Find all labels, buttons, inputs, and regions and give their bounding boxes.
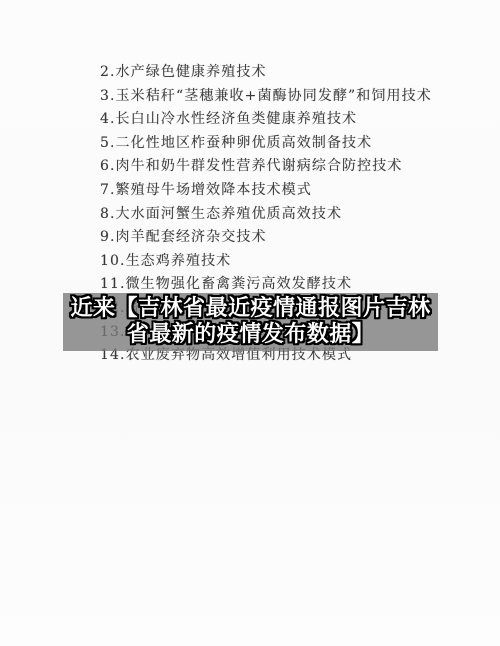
list-item: 2.水产绿色健康养殖技术 [100, 61, 460, 85]
list-item: 8.大水面河蟹生态养殖优质高效技术 [100, 203, 460, 227]
caption-line-1: 近来【吉林省最近疫情通报图片吉林 [70, 296, 430, 322]
document-page: 2.水产绿色健康养殖技术 3.玉米秸秆“茎穗兼收+菌酶协同发酵”和饲用技术 4.… [0, 0, 500, 646]
list-item: 10.生态鸡养殖技术 [100, 250, 460, 274]
list-item: 6.肉牛和奶牛群发性营养代谢病综合防控技术 [100, 155, 460, 179]
list-item: 7.繁殖母牛场增效降本技术模式 [100, 179, 460, 203]
list-item: 3.玉米秸秆“茎穗兼收+菌酶协同发酵”和饲用技术 [100, 85, 460, 109]
caption-line-2: 省最新的疫情发布数据】 [127, 322, 375, 348]
list-item: 5.二化性地区柞蚕种卵优质高效制备技术 [100, 132, 460, 156]
list-item: 4.长白山冷水性经济鱼类健康养殖技术 [100, 108, 460, 132]
caption-overlay: 近来【吉林省最近疫情通报图片吉林 省最新的疫情发布数据】 [63, 293, 438, 351]
list-item: 9.肉羊配套经济杂交技术 [100, 226, 460, 250]
